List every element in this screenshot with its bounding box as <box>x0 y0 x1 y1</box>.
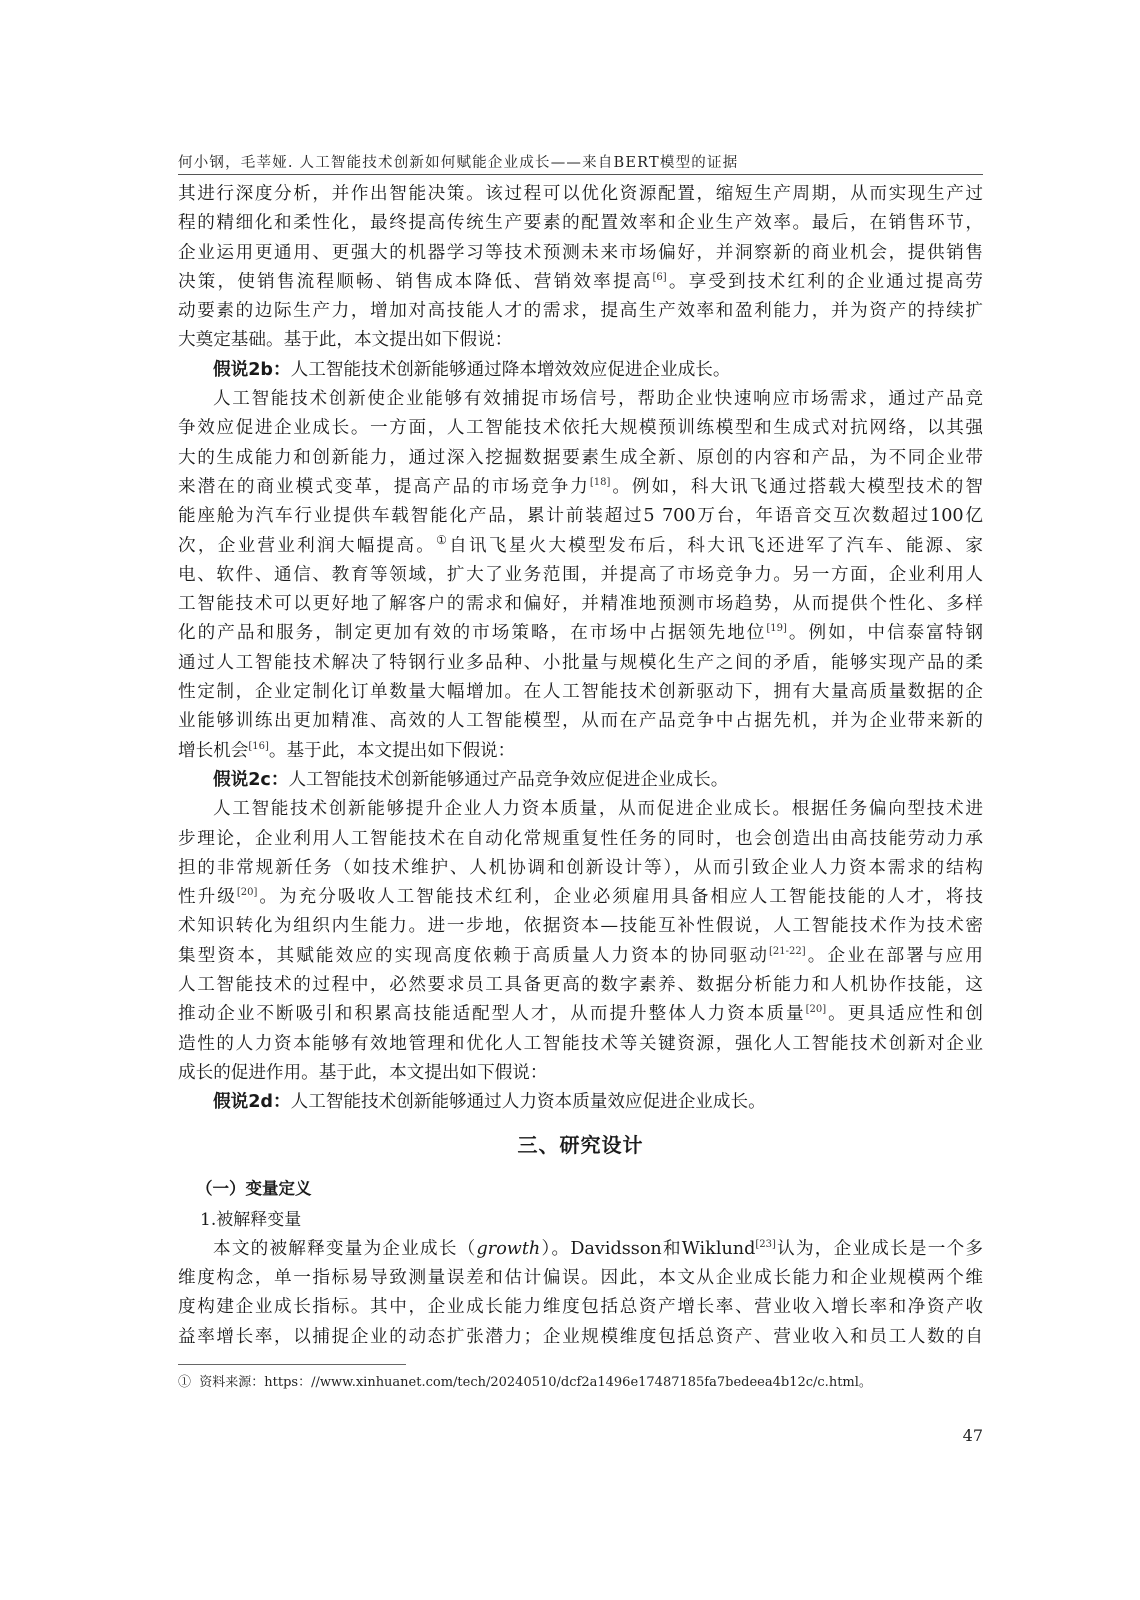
text-line: 成长的促进作用。基于此，本文提出如下假说： <box>178 1059 983 1088</box>
text-line: 大的生成能力和创新能力，通过深入挖掘数据要素生成全新、原创的内容和产品，为不同企… <box>178 444 983 473</box>
text-line: 大奠定基础。基于此，本文提出如下假说： <box>178 326 983 355</box>
text-line: 其进行深度分析，并作出智能决策。该过程可以优化资源配置，缩短生产周期，从而实现生… <box>178 180 983 209</box>
header-rule <box>178 174 983 175</box>
text-line: 通过人工智能技术解决了特钢行业多品种、小批量与规模化生产之间的矛盾，能够实现产品… <box>178 649 983 678</box>
text-line: 工智能技术可以更好地了解客户的需求和偏好，并精准地预测市场趋势，从而提供个性化、… <box>178 590 983 619</box>
citation[interactable]: [16] <box>248 741 269 752</box>
body-text: 其进行深度分析，并作出智能决策。该过程可以优化资源配置，缩短生产周期，从而实现生… <box>178 180 983 1352</box>
text-line: 能座舱为汽车行业提供车载智能化产品，累计前装超过5 700万台，年语音交互次数超… <box>178 502 983 531</box>
footnote: ① 资料来源：https：//www.xinhuanet.com/tech/20… <box>178 1371 872 1390</box>
citation[interactable]: [20] <box>237 887 258 898</box>
hypothesis-label: 假说2d： <box>213 1092 291 1112</box>
subsubsection-title: 1.被解释变量 <box>178 1206 983 1235</box>
hypothesis-label: 假说2b： <box>213 360 291 380</box>
text-line: 造性的人力资本能够有效地管理和优化人工智能技术等关键资源，强化人工智能技术创新对… <box>178 1030 983 1059</box>
text-line: 决策，使销售流程顺畅、销售成本降低、营销效率提高[6]。享受到技术红利的企业通过… <box>178 268 983 297</box>
text-line: 人工智能技术的过程中，必然要求员工具备更高的数字素养、数据分析能力和人机协作技能… <box>178 971 983 1000</box>
text-line: 企业运用更通用、更强大的机器学习等技术预测未来市场偏好，并洞察新的商业机会，提供… <box>178 239 983 268</box>
citation[interactable]: [21-22] <box>769 946 806 957</box>
citation[interactable]: [23] <box>755 1239 776 1250</box>
running-header: 何小钢，毛莘娅. 人工智能技术创新如何赋能企业成长——来自BERT模型的证据 <box>178 151 983 172</box>
page-number: 47 <box>963 1426 983 1445</box>
hypothesis-label: 假说2c： <box>213 770 288 790</box>
text-line: 程的精细化和柔性化，最终提高传统生产要素的配置效率和企业生产效率。最后，在销售环… <box>178 209 983 238</box>
text-line: 增长机会[16]。基于此，本文提出如下假说： <box>178 737 983 766</box>
hypothesis-2d: 假说2d：人工智能技术创新能够通过人力资本质量效应促进企业成长。 <box>178 1088 983 1117</box>
text-line: 性升级[20]。为充分吸收人工智能技术红利，企业必须雇用具备相应人工智能技能的人… <box>178 883 983 912</box>
footnote-mark: ① <box>178 1375 191 1390</box>
text-line: 业能够训练出更加精准、高效的人工智能模型，从而在产品竞争中占据先机，并为企业带来… <box>178 707 983 736</box>
text-line: 性定制，企业定制化订单数量大幅增加。在人工智能技术创新驱动下，拥有大量高质量数据… <box>178 678 983 707</box>
variable-name: growth <box>477 1239 541 1259</box>
text-line: 集型资本，其赋能效应的实现高度依赖于高质量人力资本的协同驱动[21-22]。企业… <box>178 942 983 971</box>
text-line: 本文的被解释变量为企业成长（growth）。Davidsson和Wiklund[… <box>178 1235 983 1264</box>
text-line: 次，企业营业利润大幅提高。①自讯飞星火大模型发布后，科大讯飞还进军了汽车、能源、… <box>178 532 983 561</box>
text-line: 益率增长率，以捕捉企业的动态扩张潜力；企业规模维度包括总资产、营业收入和员工人数… <box>178 1323 983 1352</box>
footnote-mark[interactable]: ① <box>436 533 449 547</box>
hypothesis-2b: 假说2b：人工智能技术创新能够通过降本增效效应促进企业成长。 <box>178 356 983 385</box>
footnote-rule <box>178 1364 406 1365</box>
citation[interactable]: [19] <box>766 624 787 635</box>
text-line: 人工智能技术创新能够提升企业人力资本质量，从而促进企业成长。根据任务偏向型技术进 <box>178 795 983 824</box>
text-line: 动要素的边际生产力，增加对高技能人才的需求，提高生产效率和盈利能力，并为资产的持… <box>178 297 983 326</box>
text-line: 来潜在的商业模式变革，提高产品的市场竞争力[18]。例如，科大讯飞通过搭载大模型… <box>178 473 983 502</box>
text-line: 担的非常规新任务（如技术维护、人机协调和创新设计等），从而引致企业人力资本需求的… <box>178 854 983 883</box>
text-line: 争效应促进企业成长。一方面，人工智能技术依托大规模预训练模型和生成式对抗网络，以… <box>178 414 983 443</box>
section-title: 三、研究设计 <box>178 1118 983 1172</box>
hypothesis-2c: 假说2c：人工智能技术创新能够通过产品竞争效应促进企业成长。 <box>178 766 983 795</box>
text-line: 电、软件、通信、教育等领域，扩大了业务范围，并提高了市场竞争力。另一方面，企业利… <box>178 561 983 590</box>
citation[interactable]: [6] <box>652 272 666 283</box>
text-line: 术知识转化为组织内生能力。进一步地，依据资本—技能互补性假说，人工智能技术作为技… <box>178 912 983 941</box>
text-line: 化的产品和服务，制定更加有效的市场策略，在市场中占据领先地位[19]。例如，中信… <box>178 619 983 648</box>
text-line: 推动企业不断吸引和积累高技能适配型人才，从而提升整体人力资本质量[20]。更具适… <box>178 1000 983 1029</box>
subsection-title: （一）变量定义 <box>178 1172 983 1206</box>
text-line: 人工智能技术创新使企业能够有效捕捉市场信号，帮助企业快速响应市场需求，通过产品竞 <box>178 385 983 414</box>
citation[interactable]: [20] <box>806 1004 827 1015</box>
text-line: 维度构念，单一指标易导致测量误差和估计偏误。因此，本文从企业成长能力和企业规模两… <box>178 1264 983 1293</box>
text-line: 步理论，企业利用人工智能技术在自动化常规重复性任务的同时，也会创造出由高技能劳动… <box>178 825 983 854</box>
footnote-text: 资料来源：https：//www.xinhuanet.com/tech/2024… <box>199 1375 872 1390</box>
citation[interactable]: [18] <box>590 477 611 488</box>
text-line: 度构建企业成长指标。其中，企业成长能力维度包括总资产增长率、营业收入增长率和净资… <box>178 1293 983 1322</box>
